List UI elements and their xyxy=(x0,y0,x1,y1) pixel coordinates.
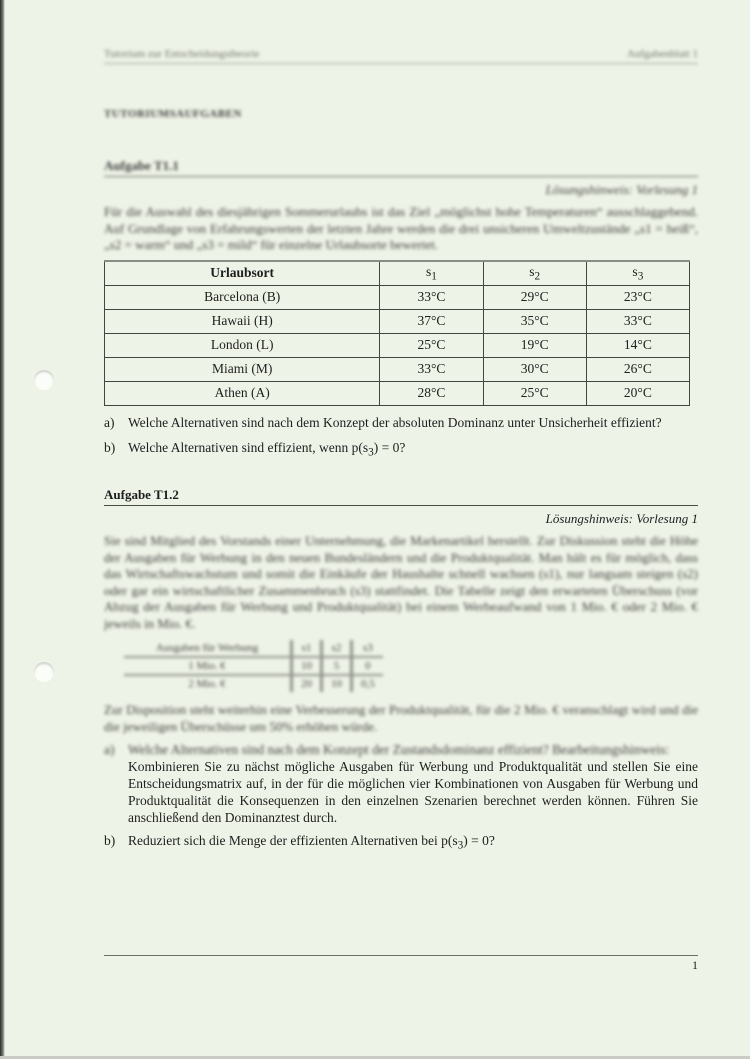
temperature-table-body: Barcelona (B)33°C29°C23°CHawaii (H)37°C3… xyxy=(105,285,690,405)
temperature-cell: 25°C xyxy=(483,381,586,405)
task2-after-table: Zur Disposition steht weiterhin eine Ver… xyxy=(104,702,698,735)
running-head-left: Tutorium zur Entscheidungstheorie xyxy=(104,48,259,60)
location-cell: London (L) xyxy=(105,333,380,357)
temperature-cell: 26°C xyxy=(586,357,689,381)
task2-question-a: a) Welche Alternativen sind nach dem Kon… xyxy=(104,741,698,826)
temperature-cell: 14°C xyxy=(586,333,689,357)
question-label: b) xyxy=(104,439,128,462)
task2-question-b: b) Reduziert sich die Menge der effizien… xyxy=(104,832,698,855)
task1-question-a: a) Welche Alternativen sind nach dem Kon… xyxy=(104,414,698,431)
table-row: Barcelona (B)33°C29°C23°C xyxy=(105,285,690,309)
question-a-clear-part: Kombinieren Sie zu nächst mögliche Ausga… xyxy=(128,759,698,825)
table-row: 1 Mio. € 10 5 0 xyxy=(124,657,383,675)
task2-heading: Aufgabe T1.2 xyxy=(104,487,698,506)
table-row: Hawaii (H)37°C35°C33°C xyxy=(105,309,690,333)
task1-questions: a) Welche Alternativen sind nach dem Kon… xyxy=(104,414,698,462)
temperature-cell: 35°C xyxy=(483,309,586,333)
task2-questions: a) Welche Alternativen sind nach dem Kon… xyxy=(104,741,698,855)
temperature-cell: 23°C xyxy=(586,285,689,309)
table-header-row: Ausgaben für Werbung s1 s2 s3 xyxy=(124,640,383,657)
question-label: a) xyxy=(104,741,128,826)
temperature-cell: 29°C xyxy=(483,285,586,309)
task1-question-b: b) Welche Alternativen sind effizient, w… xyxy=(104,439,698,462)
temperature-cell: 28°C xyxy=(380,381,483,405)
task1-heading: Aufgabe T1.1 xyxy=(104,158,698,177)
task1-hint: Lösungshinweis: Vorlesung 1 xyxy=(104,182,698,198)
running-head-right: Aufgabenblatt 1 xyxy=(627,48,698,60)
document-page: Tutorium zur Entscheidungstheorie Aufgab… xyxy=(104,48,698,863)
task1-intro: Für die Auswahl des diesjährigen Sommeru… xyxy=(104,204,698,254)
task2-intro: Sie sind Mitglied des Vorstands einer Un… xyxy=(104,533,698,632)
temperature-cell: 37°C xyxy=(380,309,483,333)
temperature-cell: 20°C xyxy=(586,381,689,405)
table-row: Miami (M)33°C30°C26°C xyxy=(105,357,690,381)
temperature-cell: 30°C xyxy=(483,357,586,381)
question-label: b) xyxy=(104,832,128,855)
header-urlaubsort: Urlaubsort xyxy=(105,261,380,286)
cell: 10 xyxy=(322,675,352,692)
question-label: a) xyxy=(104,414,128,431)
cell: 1 Mio. € xyxy=(124,657,292,675)
location-cell: Miami (M) xyxy=(105,357,380,381)
footer-rule xyxy=(104,955,698,956)
temperature-cell: 33°C xyxy=(586,309,689,333)
page-number: 1 xyxy=(678,958,698,973)
location-cell: Barcelona (B) xyxy=(105,285,380,309)
cell: 0,5 xyxy=(352,675,383,692)
header-s3: s3 xyxy=(352,640,383,657)
question-text: Welche Alternativen sind nach dem Konzep… xyxy=(128,414,698,431)
cell: 0 xyxy=(352,657,383,675)
cell: 10 xyxy=(292,657,322,675)
location-cell: Hawaii (H) xyxy=(105,309,380,333)
cell: 5 xyxy=(322,657,352,675)
table-header-row: Urlaubsort s1 s2 s3 xyxy=(105,261,690,286)
cell: 2 Mio. € xyxy=(124,675,292,692)
task2-hint: Lösungshinweis: Vorlesung 1 xyxy=(104,511,698,527)
table-row: 2 Mio. € 20 10 0,5 xyxy=(124,675,383,692)
temperature-cell: 33°C xyxy=(380,357,483,381)
header-s2: s2 xyxy=(322,640,352,657)
header-spending: Ausgaben für Werbung xyxy=(124,640,292,657)
temperature-table: Urlaubsort s1 s2 s3 Barcelona (B)33°C29°… xyxy=(104,260,690,406)
header-s1: s1 xyxy=(292,640,322,657)
cell: 20 xyxy=(292,675,322,692)
question-text: Reduziert sich die Menge der effizienten… xyxy=(128,832,698,855)
location-cell: Athen (A) xyxy=(105,381,380,405)
temperature-cell: 25°C xyxy=(380,333,483,357)
scan-left-edge xyxy=(0,0,5,1059)
running-head: Tutorium zur Entscheidungstheorie Aufgab… xyxy=(104,48,698,64)
header-s3: s3 xyxy=(586,261,689,286)
punch-hole xyxy=(34,370,54,390)
question-text: Welche Alternativen sind nach dem Konzep… xyxy=(128,741,698,826)
temperature-cell: 19°C xyxy=(483,333,586,357)
question-a-blurred-part: Welche Alternativen sind nach dem Konzep… xyxy=(128,741,698,758)
document-title: TUTORIUMSAUFGABEN xyxy=(104,108,698,120)
spending-table: Ausgaben für Werbung s1 s2 s3 1 Mio. € 1… xyxy=(124,640,383,692)
punch-hole xyxy=(34,662,54,682)
header-s1: s1 xyxy=(380,261,483,286)
table-row: London (L)25°C19°C14°C xyxy=(105,333,690,357)
question-text: Welche Alternativen sind effizient, wenn… xyxy=(128,439,698,462)
temperature-cell: 33°C xyxy=(380,285,483,309)
header-s2: s2 xyxy=(483,261,586,286)
table-row: Athen (A)28°C25°C20°C xyxy=(105,381,690,405)
